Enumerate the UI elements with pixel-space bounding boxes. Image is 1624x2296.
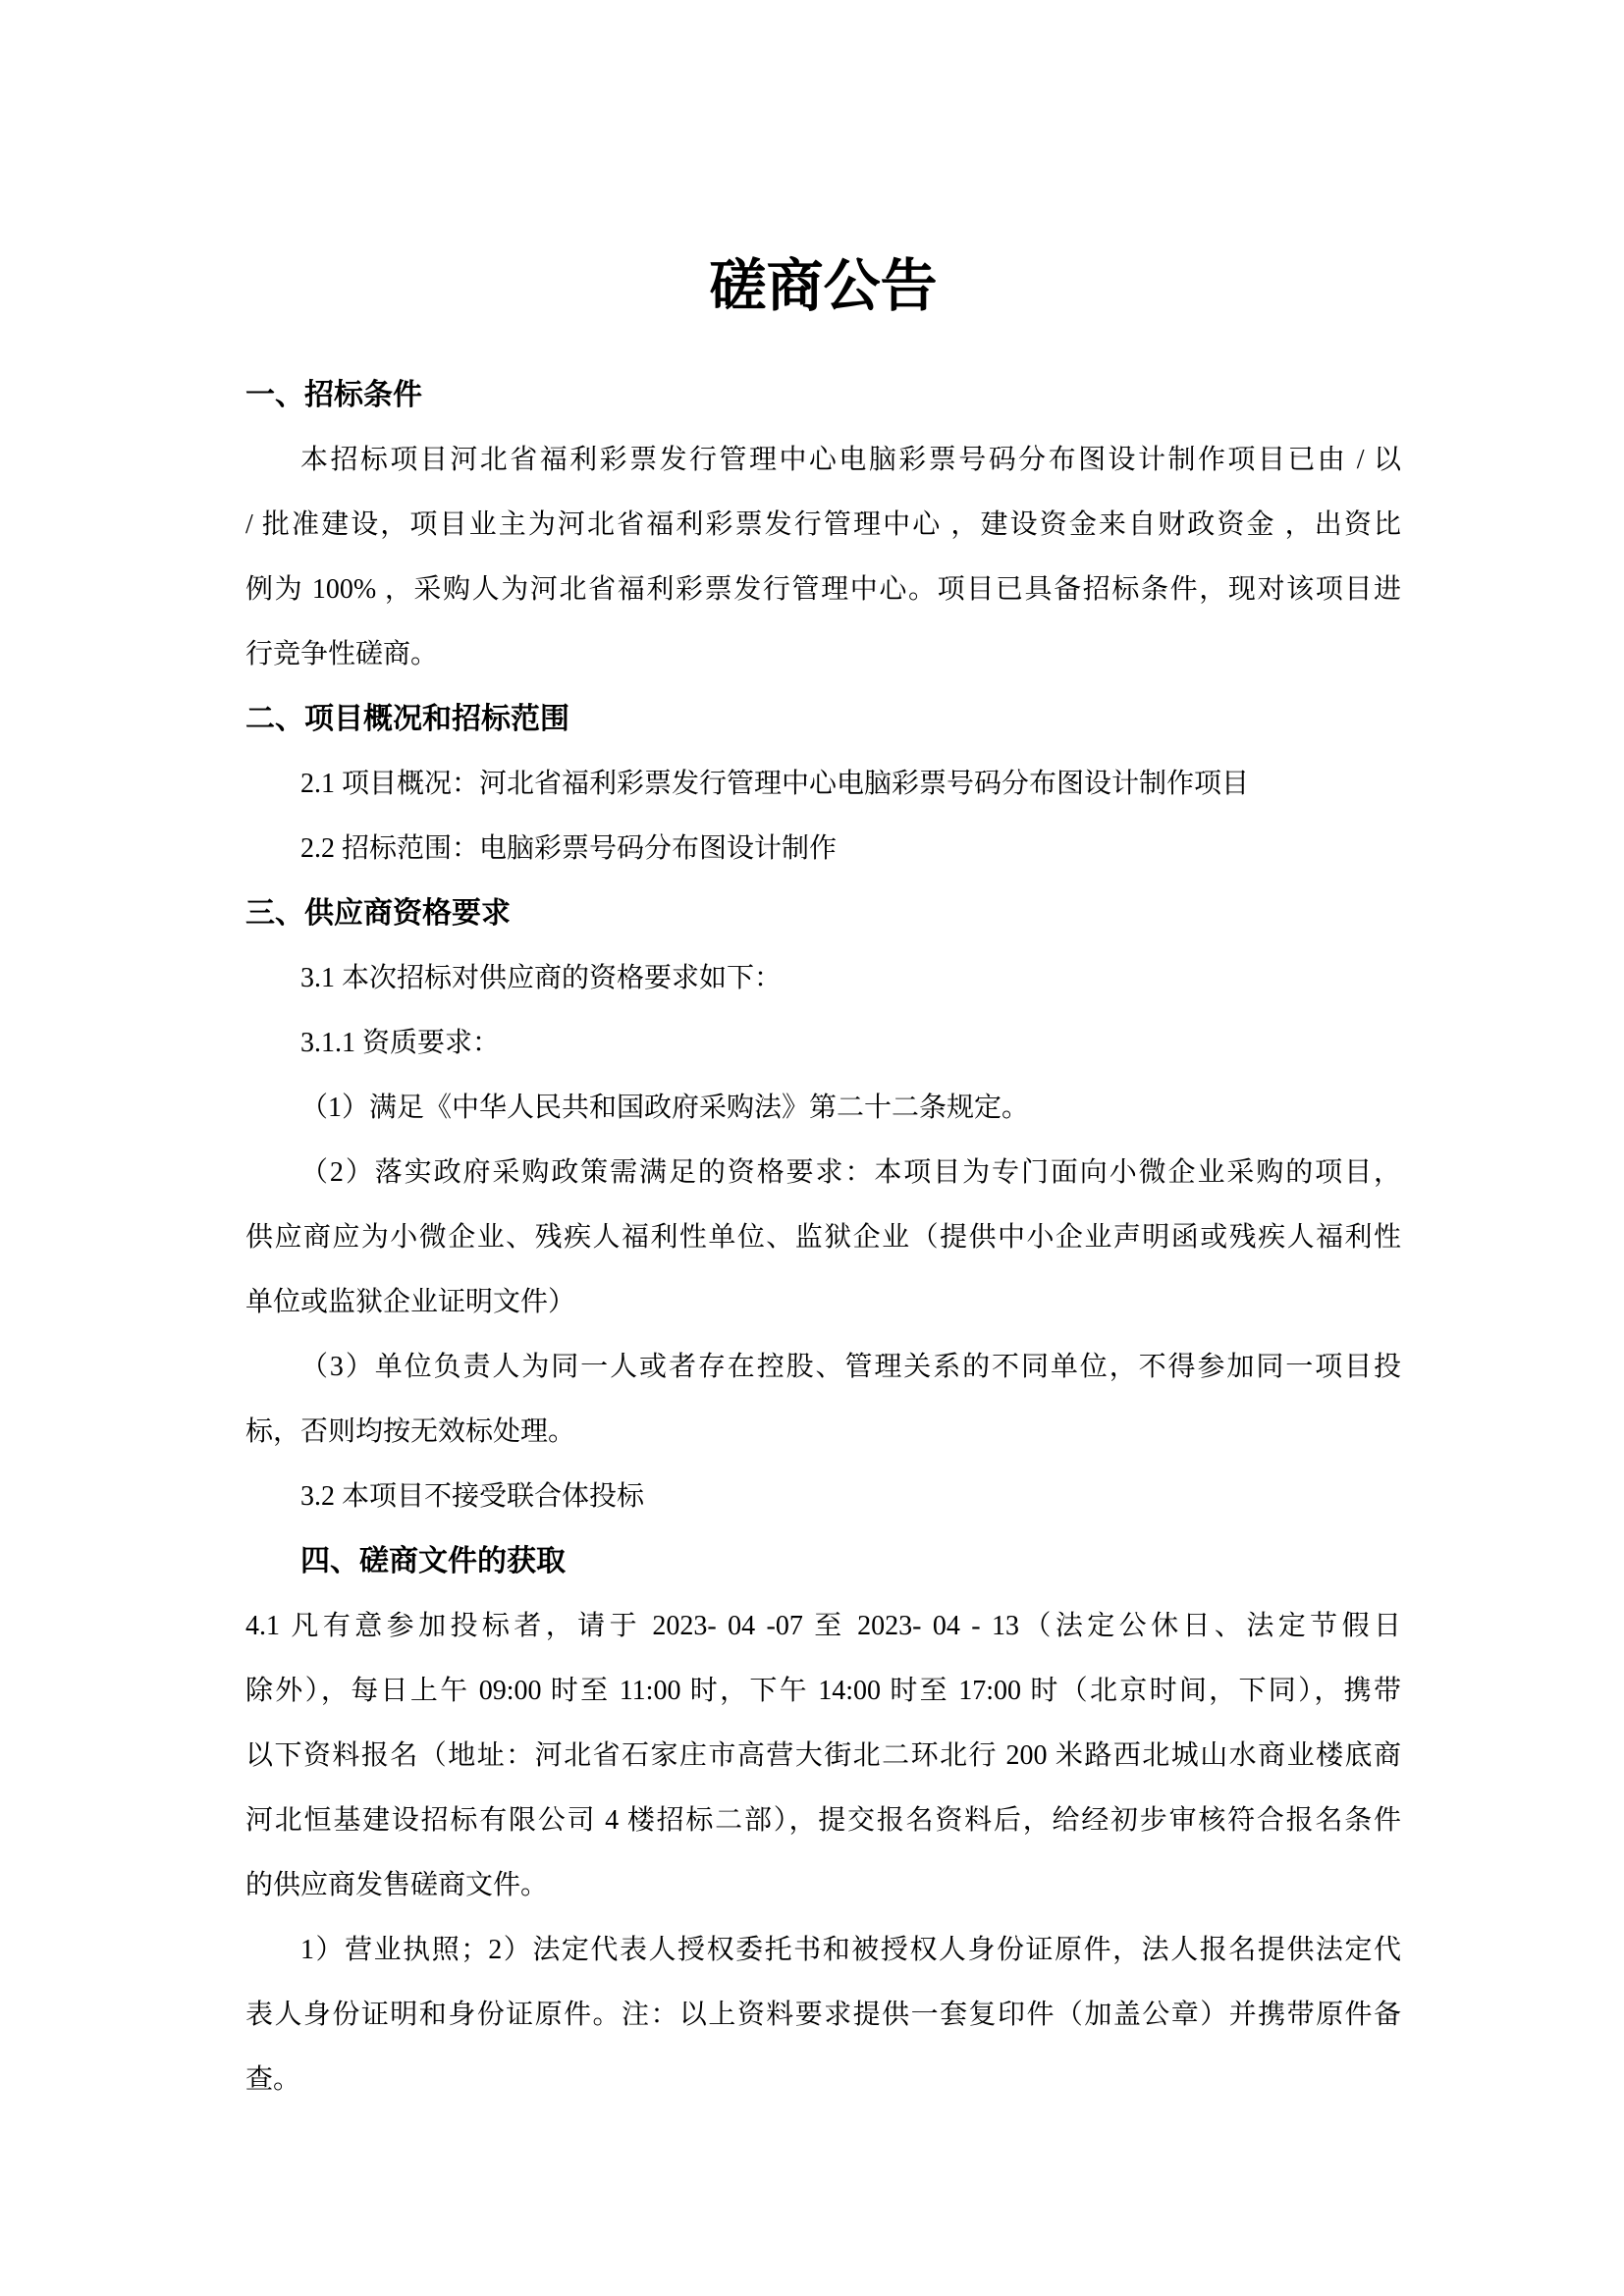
text-line: 河北恒基建设招标有限公司 4 楼招标二部），提交报名资料后，给经初步审核符合报名… [245,1789,1401,1853]
text-line: 2.2 招标范围：电脑彩票号码分布图设计制作 [245,817,1401,881]
section-heading: 一、招标条件 [245,363,1401,428]
section-heading: 三、供应商资格要求 [245,881,1401,946]
text-line: 的供应商发售磋商文件。 [245,1853,1401,1918]
text-line: 以下资料报名（地址：河北省石家庄市高营大街北二环北行 200 米路西北城山水商业… [245,1724,1401,1789]
section-heading: 四、磋商文件的获取 [245,1529,1401,1594]
text-line: 3.1.1 资质要求： [245,1011,1401,1076]
text-line: 查。 [245,2048,1401,2112]
document-title: 磋商公告 [245,247,1401,326]
document-body: 一、招标条件本招标项目河北省福利彩票发行管理中心电脑彩票号码分布图设计制作项目已… [245,363,1401,2112]
text-line: 3.2 本项目不接受联合体投标 [245,1465,1401,1529]
text-line: 例为 100% ，采购人为河北省福利彩票发行管理中心。项目已具备招标条件，现对该… [245,558,1401,622]
text-line: 供应商应为小微企业、残疾人福利性单位、监狱企业（提供中小企业声明函或残疾人福利性 [245,1205,1401,1270]
text-line: （1）满足《中华人民共和国政府采购法》第二十二条规定。 [245,1076,1401,1141]
document-page: 磋商公告 一、招标条件本招标项目河北省福利彩票发行管理中心电脑彩票号码分布图设计… [0,0,1624,2296]
text-line: 3.1 本次招标对供应商的资格要求如下： [245,946,1401,1011]
text-line: 标，否则均按无效标处理。 [245,1400,1401,1465]
text-line: 表人身份证明和身份证原件。注：以上资料要求提供一套复印件（加盖公章）并携带原件备 [245,1983,1401,2048]
text-line: （3）单位负责人为同一人或者存在控股、管理关系的不同单位，不得参加同一项目投 [245,1335,1401,1400]
section-heading: 二、项目概况和招标范围 [245,687,1401,752]
text-line: 单位或监狱企业证明文件） [245,1270,1401,1335]
text-line: / 批准建设，项目业主为河北省福利彩票发行管理中心 ，建设资金来自财政资金 ，出… [245,493,1401,558]
text-line: 除外），每日上午 09:00 时至 11:00 时，下午 14:00 时至 17… [245,1659,1401,1724]
text-line: 4.1 凡有意参加投标者，请于 2023- 04 -07 至 2023- 04 … [245,1594,1401,1659]
text-line: 1）营业执照；2）法定代表人授权委托书和被授权人身份证原件，法人报名提供法定代 [245,1918,1401,1983]
text-line: （2）落实政府采购政策需满足的资格要求：本项目为专门面向小微企业采购的项目， [245,1141,1401,1205]
text-line: 本招标项目河北省福利彩票发行管理中心电脑彩票号码分布图设计制作项目已由 / 以 [245,428,1401,493]
text-line: 2.1 项目概况：河北省福利彩票发行管理中心电脑彩票号码分布图设计制作项目 [245,752,1401,817]
text-line: 行竞争性磋商。 [245,622,1401,687]
